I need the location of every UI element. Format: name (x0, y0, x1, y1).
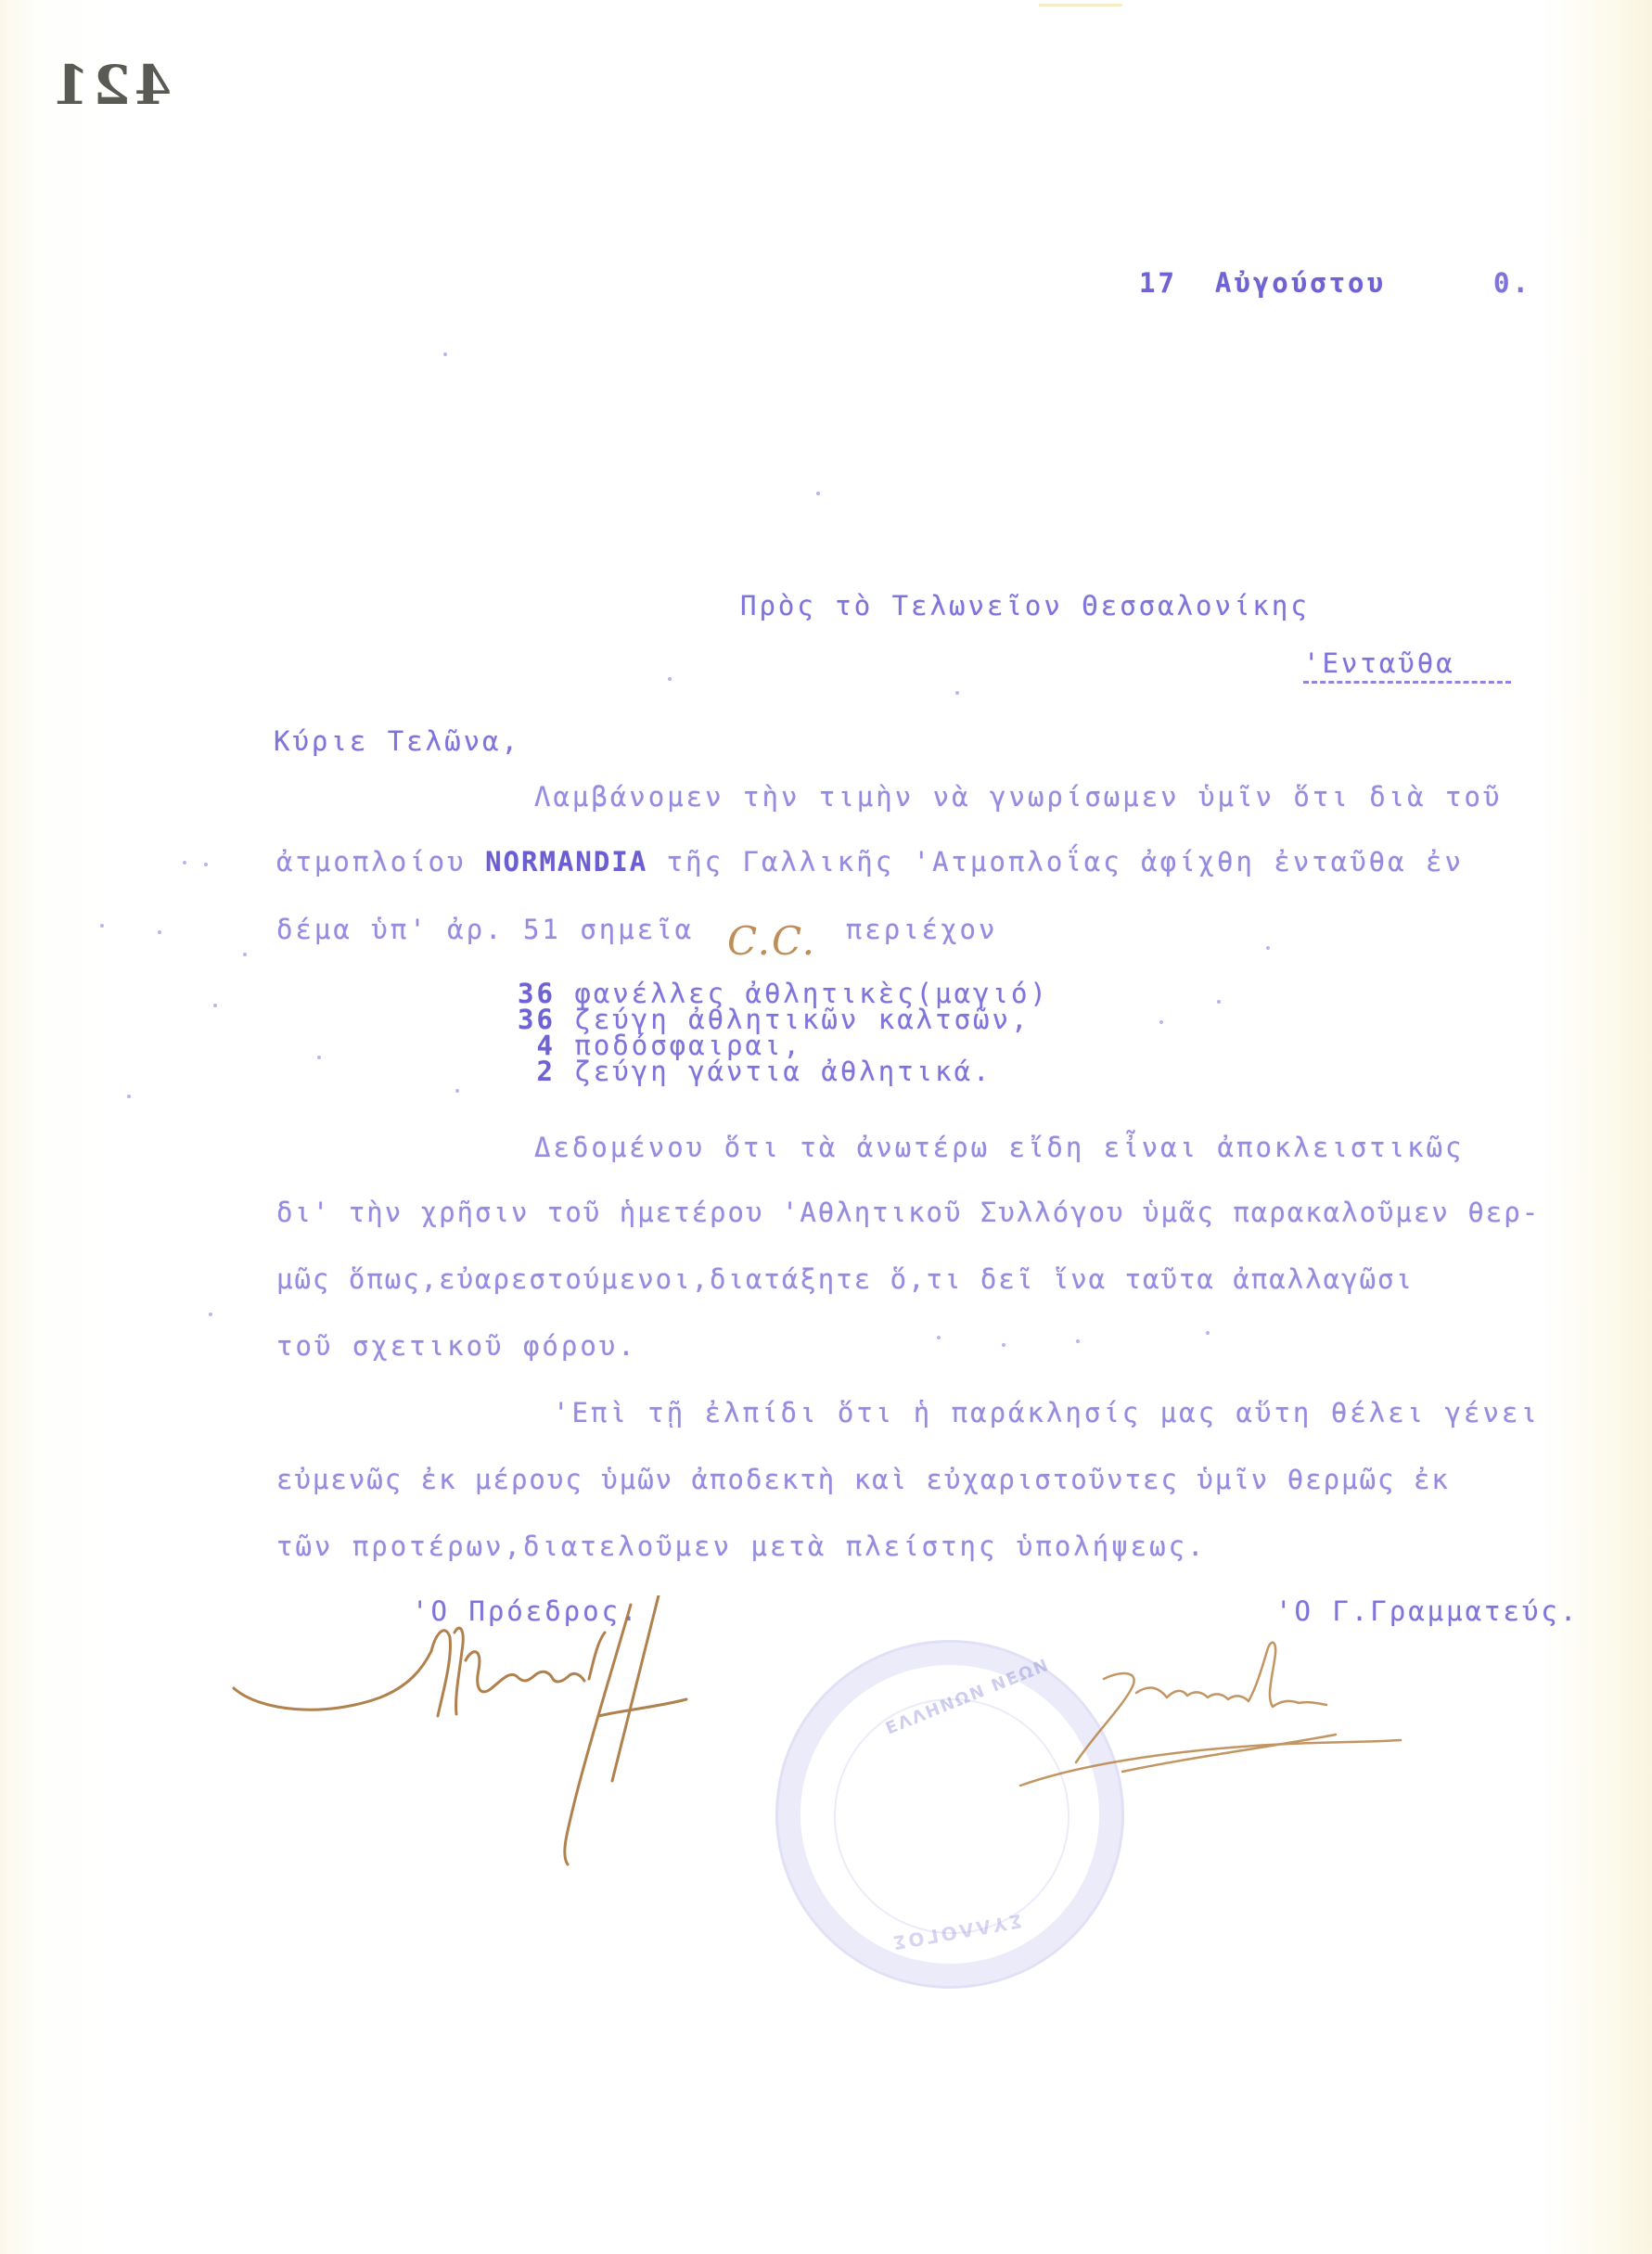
ink-speck (158, 930, 161, 934)
paragraph3-line2: εὐμενῶς ἐκ μέρους ὑμῶν ἀποδεκτὴ καὶ εὐχα… (276, 1464, 1450, 1495)
ink-speck (317, 1056, 321, 1059)
top-edge-mark (1039, 4, 1122, 6)
ink-speck (213, 1004, 217, 1007)
ship-name: NORMANDIA (485, 846, 647, 877)
secretary-signature (983, 1633, 1503, 1799)
ink-speck (1159, 1020, 1163, 1024)
paragraph2-line3: μῶς ὅπως,εὐαρεστούμενοι,διατάξητε ὅ,τι δ… (276, 1263, 1414, 1295)
date: 17 Αὐγούστου (1139, 267, 1386, 299)
ink-speck (1002, 1343, 1005, 1347)
list-item: 4 ποδόσφαιραι, (518, 1033, 802, 1058)
paragraph2-line4: τοῦ σχετικοῦ φόρου. (276, 1330, 637, 1362)
ink-speck (100, 924, 104, 928)
ink-speck (243, 953, 247, 956)
secretary-title: 'Ο Γ.Γραμματεύς. (1275, 1595, 1579, 1627)
date-year: 0. (1493, 267, 1531, 299)
ink-speck (668, 677, 672, 681)
list-item: 36 φανέλλες ἀθλητικὲς(μαγιό) (518, 981, 1049, 1006)
president-signature (223, 1595, 816, 1911)
paragraph1-line2: ἀτμοπλοίου NORMANDIA τῆς Γαλλικῆς 'Ατμοπ… (276, 846, 1464, 877)
recipient-place: 'Ενταῦθα (1303, 647, 1511, 684)
archive-page-number: 421 (48, 54, 172, 117)
greeting: Κύριε Τελῶνα, (274, 725, 520, 757)
ink-speck (1206, 1331, 1210, 1335)
list-item: 36 ζεύγη ἀθλητικῶν καλτσῶν, (518, 1007, 1030, 1032)
ink-speck (1266, 946, 1270, 950)
paragraph2-line2: δι' τὴν χρῆσιν τοῦ ἡμετέρου 'Αθλητικοῦ Σ… (276, 1197, 1540, 1228)
ink-speck (1076, 1339, 1080, 1343)
paragraph1-line2-start: ἀτμοπλοίου (276, 846, 485, 877)
list-item: 2 ζεύγη γάντια ἀθλητικά. (518, 1059, 992, 1084)
item-qty: 2 (518, 1056, 556, 1087)
ink-speck (127, 1095, 131, 1098)
paragraph3-line1: 'Επὶ τῇ ἐλπίδι ὅτι ἡ παράκλησίς μας αὕτη… (553, 1397, 1540, 1428)
paragraph1-line2-end: τῆς Γαλλικῆς 'Ατμοπλοΐας ἀφίχθη ἐνταῦθα … (647, 846, 1464, 877)
ink-speck (937, 1336, 941, 1339)
ink-speck (443, 352, 447, 356)
ink-speck (1217, 1000, 1221, 1004)
recipient-line: Πρὸς τὸ Τελωνεῖον Θεσσαλονίκης (740, 590, 1310, 621)
ink-speck (955, 691, 959, 695)
ink-speck (455, 1089, 459, 1093)
ink-speck (183, 861, 186, 864)
paragraph1-line1: Λαμβάνομεν τὴν τιμὴν νὰ γνωρίσωμεν ὑμῖν … (534, 781, 1502, 813)
paragraph3-line3: τῶν προτέρων,διατελοῦμεν μετὰ πλείστης ὑ… (276, 1530, 1207, 1562)
paragraph1-line3: δέμα ὑπ' ἀρ. 51 σημεῖα περιέχον (276, 914, 997, 945)
paragraph2-line1: Δεδομένου ὅτι τὰ ἀνωτέρω εἴδη εἶναι ἀποκ… (534, 1132, 1465, 1163)
handwritten-cc-mark: C.C. (727, 918, 816, 964)
ink-speck (204, 863, 208, 866)
item-desc: ζεύγη γάντια ἀθλητικά. (556, 1056, 992, 1087)
ink-speck (816, 492, 820, 495)
ink-speck (209, 1313, 212, 1316)
